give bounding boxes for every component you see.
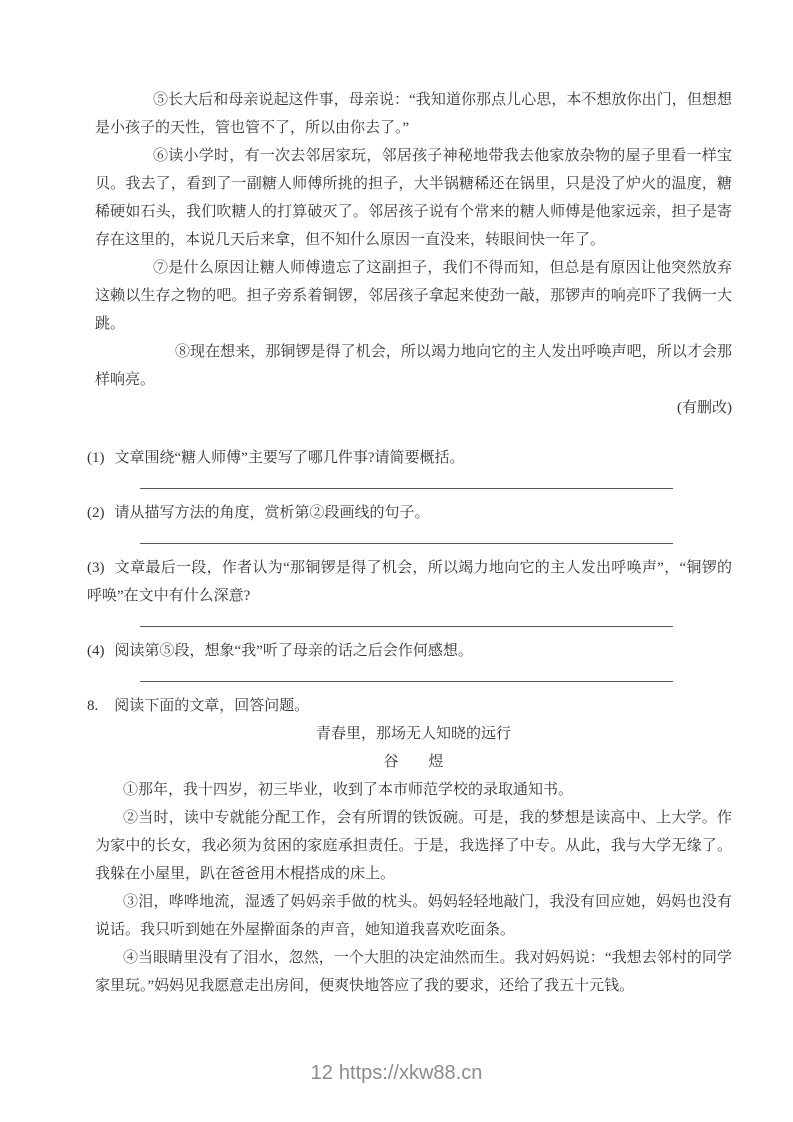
answer-line-1 xyxy=(140,488,673,489)
edit-note: (有删改) xyxy=(95,394,732,422)
question-4-text: 阅读第⑤段，想象“我”听了母亲的话之后会作何感想。 xyxy=(115,643,473,659)
question-4-number: (4) xyxy=(87,643,105,659)
question-3: (3)文章最后一段，作者认为“那铜锣是得了机会，所以竭力地向它的主人发出呼唤声”… xyxy=(87,554,732,610)
question-8-prompt: 阅读下面的文章，回答问题。 xyxy=(114,698,309,714)
passage-paragraph-6: ⑥读小学时，有一次去邻居家玩，邻居孩子神秘地带我去他家放杂物的屋子里看一样宝贝。… xyxy=(95,142,732,254)
answer-line-4 xyxy=(140,681,673,682)
exam-page: ⑤长大后和母亲说起这件事，母亲说：“我知道你那点儿心思，本不想放你出门，但想想是… xyxy=(0,0,793,1122)
passage-paragraph-7: ⑦是什么原因让糖人师傅遗忘了这副担子，我们不得而知，但总是有原因让他突然放弃这赖… xyxy=(95,254,732,338)
question-3-number: (3) xyxy=(87,560,105,576)
question-1: (1)文章围绕“糖人师傅”主要写了哪几件事?请简要概括。 xyxy=(87,444,732,472)
page-footer: 12https://xkw88.cn xyxy=(0,1062,793,1085)
passage-paragraph-5: ⑤长大后和母亲说起这件事，母亲说：“我知道你那点儿心思，本不想放你出门，但想想是… xyxy=(95,86,732,142)
essay-paragraph-3: ③泪，哗哗地流，湿透了妈妈亲手做的枕头。妈妈轻轻地敲门，我没有回应她，妈妈也没有… xyxy=(95,888,732,944)
passage-paragraph-8: ⑧现在想来，那铜锣是得了机会，所以竭力地向它的主人发出呼唤声吧，所以才会那样响亮… xyxy=(95,338,732,394)
question-1-number: (1) xyxy=(87,450,105,466)
document-content: ⑤长大后和母亲说起这件事，母亲说：“我知道你那点儿心思，本不想放你出门，但想想是… xyxy=(95,86,732,1000)
essay-paragraph-1: ①那年，我十四岁，初三毕业，收到了本市师范学校的录取通知书。 xyxy=(95,776,732,804)
essay-paragraph-4: ④当眼睛里没有了泪水，忽然，一个大胆的决定油然而生。我对妈妈说：“我想去邻村的同… xyxy=(95,944,732,1000)
question-4: (4)阅读第⑤段，想象“我”听了母亲的话之后会作何感想。 xyxy=(87,637,732,665)
essay-title: 青春里，那场无人知晓的远行 xyxy=(95,720,732,748)
answer-line-3 xyxy=(140,626,673,627)
question-2-number: (2) xyxy=(87,505,105,521)
question-8-number: 8. xyxy=(87,698,98,714)
page-number: 12 xyxy=(311,1062,333,1084)
question-8: 8.阅读下面的文章，回答问题。 xyxy=(87,692,732,720)
footer-url: https://xkw88.cn xyxy=(339,1062,482,1084)
question-1-text: 文章围绕“糖人师傅”主要写了哪几件事?请简要概括。 xyxy=(115,450,465,466)
answer-line-2 xyxy=(140,543,673,544)
essay-paragraph-2: ②当时，读中专就能分配工作，会有所谓的铁饭碗。可是，我的梦想是读高中、上大学。作… xyxy=(95,804,732,888)
question-2-text: 请从描写方法的角度，赏析第②段画线的句子。 xyxy=(115,505,430,521)
question-3-text: 文章最后一段，作者认为“那铜锣是得了机会，所以竭力地向它的主人发出呼唤声”，“铜… xyxy=(87,560,732,604)
essay-author: 谷 煜 xyxy=(95,748,732,776)
question-2: (2)请从描写方法的角度，赏析第②段画线的句子。 xyxy=(87,499,732,527)
